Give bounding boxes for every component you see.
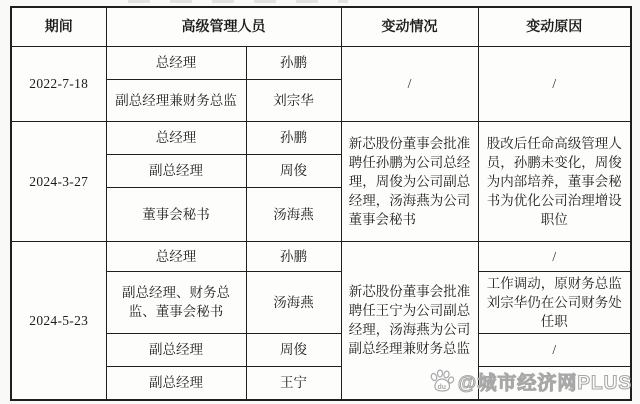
table-header-row: 期间 高级管理人员 变动情况 变动原因 <box>11 7 631 46</box>
period-cell: 2024-3-27 <box>11 121 106 241</box>
name-cell: 刘宗华 <box>246 79 341 121</box>
name-cell: 汤海燕 <box>246 187 341 241</box>
title-cell: 总经理 <box>106 241 246 271</box>
table-row: 2022-7-18 总经理 孙鹏 / / <box>11 46 631 79</box>
col-header-period: 期间 <box>11 7 106 46</box>
title-cell: 副总经理 <box>106 333 246 366</box>
name-cell: 王宁 <box>246 366 341 400</box>
title-cell: 总经理 <box>106 121 246 154</box>
title-cell: 董事会秘书 <box>106 187 246 241</box>
name-cell: 孙鹏 <box>246 241 341 271</box>
table-row: 2024-3-27 总经理 孙鹏 新芯股份董事会批准聘任孙鹏为公司总经理，周俊为… <box>11 121 631 154</box>
name-cell: 周俊 <box>246 333 341 366</box>
title-cell: 总经理 <box>106 46 246 79</box>
reason-cell: / <box>478 333 631 366</box>
period-cell: 2022-7-18 <box>11 46 106 121</box>
name-cell: 孙鹏 <box>246 46 341 79</box>
change-cell: / <box>341 46 478 121</box>
title-cell: 副总经理 <box>106 366 246 400</box>
title-cell: 副总经理 <box>106 154 246 187</box>
management-change-table: 期间 高级管理人员 变动情况 变动原因 2022-7-18 总经理 孙鹏 / /… <box>10 6 632 401</box>
name-cell: 汤海燕 <box>246 271 341 333</box>
title-cell: 副总经理、财务总监、董事会秘书 <box>106 271 246 333</box>
reason-cell: / <box>478 46 631 121</box>
reason-cell: 工作调动，原财务总监刘宗华仍在公司财务处任职 <box>478 271 631 333</box>
change-cell: 新芯股份董事会批准聘任孙鹏为公司总经理，周俊为公司副总经理，汤海燕为公司董事会秘… <box>341 121 478 241</box>
name-cell: 孙鹏 <box>246 121 341 154</box>
change-cell: 新芯股份董事会批准聘任王宁为公司副总经理，汤海燕为公司副总经理兼财务总监 <box>341 241 478 400</box>
reason-cell: 股改后任命高级管理人员，孙鹏未变化，周俊为内部培养，董事会秘书为优化公司治理增设… <box>478 121 631 241</box>
title-cell: 副总经理兼财务总监 <box>106 79 246 121</box>
col-header-reason: 变动原因 <box>478 7 631 46</box>
name-cell: 周俊 <box>246 154 341 187</box>
col-header-change: 变动情况 <box>341 7 478 46</box>
period-cell: 2024-5-23 <box>11 241 106 400</box>
reason-cell <box>478 366 631 400</box>
document-page: 期间 高级管理人员 变动情况 变动原因 2022-7-18 总经理 孙鹏 / /… <box>0 0 640 404</box>
col-header-management: 高级管理人员 <box>106 7 341 46</box>
cropped-text-artifact <box>128 0 348 3</box>
table-row: 2024-5-23 总经理 孙鹏 新芯股份董事会批准聘任王宁为公司副总经理，汤海… <box>11 241 631 271</box>
reason-cell: / <box>478 241 631 271</box>
